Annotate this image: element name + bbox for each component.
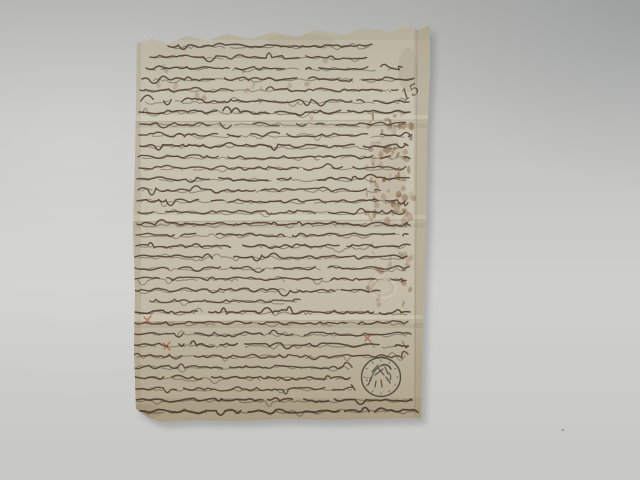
photo-of-manuscript: 25 15 bbox=[0, 0, 640, 480]
manuscript-scene: 25 15 bbox=[0, 0, 640, 480]
lion-ink-stamp-icon: 25 bbox=[362, 358, 401, 397]
manuscript-paper: 25 15 bbox=[129, 24, 435, 428]
dust-speck bbox=[562, 429, 565, 432]
